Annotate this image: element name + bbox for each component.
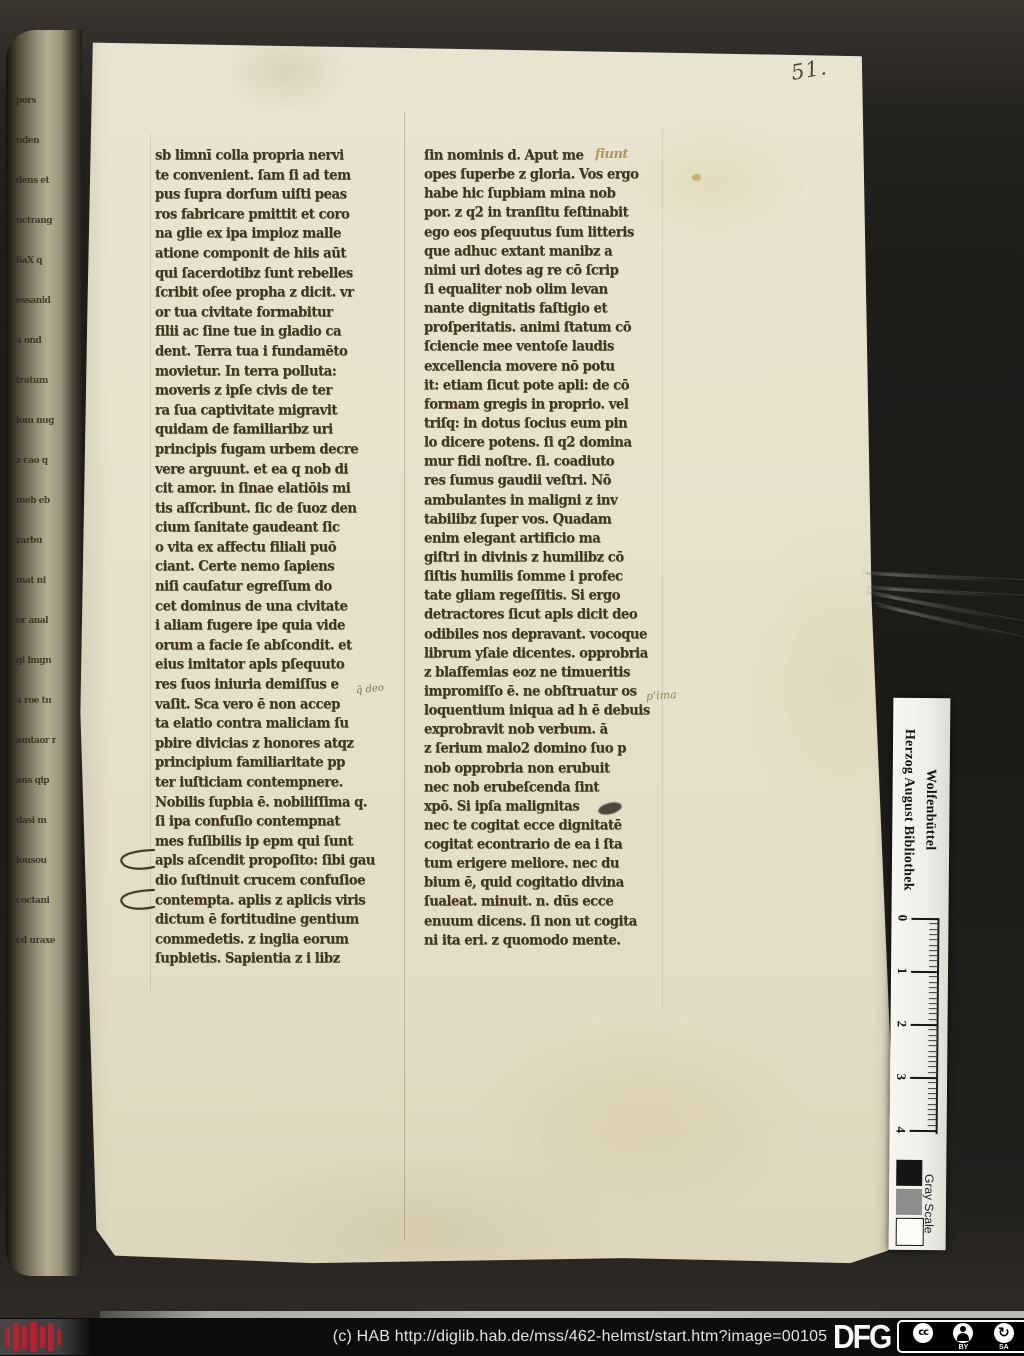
manuscript-line: te convenient. ſam ſi ad tem <box>155 168 403 189</box>
manuscript-line: ambulantes in maligni z inv <box>424 493 672 513</box>
manuscript-line: odibiles nos depravant. vocoque <box>424 627 672 647</box>
manuscript-line: enuum dicens. ſi non ut cogita <box>424 914 672 934</box>
ruling-line-center <box>404 112 405 1240</box>
manuscript-line: moveris z ipſe civis de ter <box>155 383 403 404</box>
manuscript-line: proſperitatis. animi ſtatum cō <box>424 320 672 340</box>
person-icon <box>953 1323 973 1343</box>
ruler-number: 0 <box>892 910 910 926</box>
ruler-mm-tick <box>928 1056 937 1057</box>
nota-mark-upper <box>114 846 156 876</box>
manuscript-line: triſq: in dotus ſocius eum pin <box>424 416 672 436</box>
scanner-bed-edge <box>100 1311 1024 1318</box>
spine-text-fragment: mat ni <box>16 576 56 586</box>
manuscript-line: or tua civitate formabitur <box>155 305 403 326</box>
gray-scale-square <box>896 1160 922 1186</box>
manuscript-line: librum yſaie dicentes. opprobria <box>424 646 672 666</box>
ruler-mm-tick <box>928 1045 937 1046</box>
manuscript-page: 51. sb limnī colla propria nervite conve… <box>20 34 908 1268</box>
cc-icon: cc <box>913 1323 933 1351</box>
library-name-line2: Wolfenbüttel <box>922 769 938 851</box>
manuscript-line: quidam de familiaribz uri <box>155 422 403 443</box>
calibration-red-bar <box>40 1326 45 1348</box>
ruler-mm-tick <box>929 1029 938 1030</box>
ruler-mm-tick <box>928 1066 937 1067</box>
ruler-mm-tick <box>929 1019 938 1020</box>
by-icon: BY <box>953 1323 973 1351</box>
spine-text-fragment: a ond <box>16 336 56 346</box>
ruler-mm-tick <box>929 960 938 961</box>
manuscript-line: ſin nominis d. Aput me <box>424 148 672 168</box>
manuscript-line: nimi uri dotes ag re cō ſcrip <box>424 263 672 283</box>
cc-license-badge: cc BY ↻ SA <box>897 1320 1024 1353</box>
ruler-cm-tick <box>911 918 938 920</box>
ruler-mm-tick <box>929 939 938 940</box>
ruler-cm-tick <box>910 1130 937 1132</box>
manuscript-line: z blaſfemias eoz ne timueritis <box>424 665 672 685</box>
text-column-left: sb limnī colla propria nervite convenien… <box>155 148 403 971</box>
manuscript-line: cit amor. in ſinae elatiōis mi <box>155 481 403 502</box>
manuscript-line: pus ſupra dorſum uiſti peas <box>155 187 403 208</box>
ruler-mm-tick <box>928 1072 937 1073</box>
manuscript-line: xpō. Si ipſa malignitas <box>424 799 672 819</box>
ruler-mm-tick <box>929 992 938 993</box>
spine-text-fragment: essanid <box>16 296 56 306</box>
manuscript-line: opes ſuperbe z gloria. Vos ergo <box>424 167 672 187</box>
manuscript-line: sb limnī colla propria nervi <box>155 148 403 169</box>
spine-text-fragment: amtaor r <box>16 736 56 746</box>
ruler-mm-tick <box>929 923 938 924</box>
book-spine-edge: porsudendens etuctrang6aX qessanida ondt… <box>6 30 82 1276</box>
color-calibration-bar <box>6 1321 61 1353</box>
manuscript-line: ſciencie mee ventoſe laudis <box>424 339 672 359</box>
spine-text-fragment: uctrang <box>16 216 56 226</box>
manuscript-line: vere arguunt. et ea q nob di <box>155 462 403 483</box>
manuscript-line: tate gliam regeſſitis. Si ergo <box>424 588 672 608</box>
manuscript-line: qui ſacerdotibz ſunt rebelles <box>155 266 403 287</box>
ruler-mm-tick <box>929 987 938 988</box>
spine-text-fragment: ans qip <box>16 776 56 786</box>
ruler-mm-tick <box>928 1109 937 1110</box>
spine-text-fragment: coctani <box>16 896 56 906</box>
page-holder-clip-prong <box>862 572 1024 583</box>
manuscript-line: bium ē, quid cogitatio divina <box>424 875 672 895</box>
manuscript-line: ni ita eri. z quomodo mente. <box>424 933 672 953</box>
parchment-stain <box>692 174 701 181</box>
gray-scale-label: Gray Scale <box>922 1160 937 1248</box>
ruler-mm-tick <box>928 1051 937 1052</box>
spine-text-fragment: a roe tu <box>16 696 56 706</box>
spine-text-fragment: lom nug <box>16 416 56 426</box>
manuscript-line: mes fuſibilis ip epm qui ſunt <box>155 834 403 855</box>
manuscript-line: por. z q2 in tranſitu feſtinabit <box>424 205 672 225</box>
spine-text-fragment: gi imgn <box>16 656 56 666</box>
ruler-mm-tick <box>929 1013 938 1014</box>
manuscript-line: detractores ſicut apls dicit deo <box>424 607 672 627</box>
ruler-number: 1 <box>892 963 910 979</box>
manuscript-line: vaſit. Sca vero ē non accep <box>155 697 403 718</box>
reference-ruler: Herzog August Bibliothek Wolfenbüttel 01… <box>889 698 951 1250</box>
ruler-mm-tick <box>928 1114 937 1115</box>
copyright-text: (c) HAB http://diglib.hab.de/mss/462-hel… <box>333 1318 828 1356</box>
manuscript-line: ſi equaliter nob olim levan <box>424 282 672 302</box>
ruler-mm-tick <box>929 950 938 951</box>
manuscript-line: excellencia movere nō potu <box>424 359 672 379</box>
manuscript-line: que adhuc extant manibz a <box>424 244 672 264</box>
spine-text-fragment: 6aX q <box>16 256 56 266</box>
ruler-mm-tick <box>929 1003 938 1004</box>
ruler-mm-tick <box>928 1125 937 1126</box>
manuscript-line: ſiſtis humilis ſomme i profec <box>424 569 672 589</box>
ruler-mm-tick <box>928 1035 937 1036</box>
spine-text-fragment: cd uraxe <box>16 936 56 946</box>
ruler-mm-tick <box>928 1098 937 1099</box>
ruler-mm-tick <box>928 1119 937 1120</box>
manuscript-line: pbire divicias z honores atqz <box>155 736 403 757</box>
sa-label: SA <box>999 1344 1009 1351</box>
manuscript-line: principis fugam urbem decre <box>155 442 403 463</box>
previous-folio-text-edge: porsudendens etuctrang6aX qessanida ondt… <box>16 96 56 1226</box>
folio-number: 51. <box>789 55 829 85</box>
ruler-number: 4 <box>891 1122 909 1138</box>
library-name-line1: Herzog August Bibliothek <box>900 729 916 891</box>
manuscript-line: movietur. In terra polluta: <box>155 364 403 385</box>
manuscript-line: ſcribit oſee propha z dicit. vr <box>155 285 403 306</box>
calibration-red-bar <box>57 1329 61 1345</box>
spine-text-fragment: zarbu <box>16 536 56 546</box>
cc-circle-icon: cc <box>913 1323 933 1343</box>
by-label: BY <box>959 1344 969 1351</box>
ruler-mm-tick <box>929 1008 938 1009</box>
manuscript-line: dictum ē fortitudine gentium <box>155 912 403 933</box>
manuscript-line: nec te cogitat ecce dignitatē <box>424 818 672 838</box>
ruler-mm-tick <box>929 929 938 930</box>
ruler-cm-tick <box>911 1024 938 1026</box>
manuscript-line: ter iuſticiam contempnere. <box>155 775 403 796</box>
spine-text-fragment: dens et <box>16 176 56 186</box>
gray-scale-square <box>896 1189 922 1215</box>
manuscript-line: loquentium iniqua ad h ē debuis <box>424 703 672 723</box>
dfg-logo: DFG <box>833 1319 890 1356</box>
calibration-red-bar <box>48 1323 54 1351</box>
library-label: Herzog August Bibliothek Wolfenbüttel <box>897 706 945 914</box>
ruler-cm-tick <box>910 1077 937 1079</box>
manuscript-line: i aliam fugere ipe quia vide <box>155 618 403 639</box>
manuscript-line: tum erigere meliore. nec du <box>424 856 672 876</box>
calibration-red-bar <box>30 1322 37 1352</box>
calibration-red-bar <box>6 1327 10 1347</box>
sa-icon: ↻ SA <box>994 1323 1014 1351</box>
manuscript-line: ſi ipa confuſio contempnat <box>155 814 403 835</box>
manuscript-line: principium familiaritate pp <box>155 755 403 776</box>
spine-text-fragment: meb eb <box>16 496 56 506</box>
ruler-number: 3 <box>891 1069 909 1085</box>
manuscript-line: tis aſſcribunt. ſic de ſuoz den <box>155 501 403 522</box>
ruler-mm-tick <box>929 934 938 935</box>
calibration-red-bar <box>22 1325 27 1349</box>
manuscript-line: enim elegant artificio ma <box>424 531 672 551</box>
spine-text-fragment: dasi m <box>16 816 56 826</box>
manuscript-scan-viewport: porsudendens etuctrang6aX qessanida ondt… <box>0 0 1024 1356</box>
manuscript-line: orum a facie ſe abſcondit. et <box>155 638 403 659</box>
spine-text-fragment: lousou <box>16 856 56 866</box>
manuscript-line: lo dicere potens. ſi q2 domina <box>424 435 672 455</box>
manuscript-line: atione componit de hiis aūt <box>155 246 403 267</box>
ruler-scale: 01234 <box>889 918 948 1154</box>
ruler-mm-tick <box>928 1093 937 1094</box>
manuscript-line: res ſumus gaudii veſtri. Nō <box>424 473 672 493</box>
manuscript-line: habe hic ſupbiam mina nob <box>424 186 672 206</box>
manuscript-line: it: etiam ſicut pote apli: de cō <box>424 378 672 398</box>
spine-text-fragment: pors <box>16 96 56 106</box>
share-alike-arrow-icon: ↻ <box>994 1323 1014 1343</box>
manuscript-line: nob opprobria non erubuit <box>424 761 672 781</box>
manuscript-line: o vita ex affectu filiali puō <box>155 540 403 561</box>
manuscript-line: formam gregis in proprio. vel <box>424 397 672 417</box>
manuscript-line: niſi cauſatur egreſſum do <box>155 579 403 600</box>
manuscript-line: tabilibz ſuper vos. Quadam <box>424 512 672 532</box>
ruler-mm-tick <box>928 1088 937 1089</box>
manuscript-line: giſtri in divinis z humilibz cō <box>424 550 672 570</box>
manuscript-line: Nobilis ſupbia ē. nobiliſſima q. <box>155 795 403 816</box>
manuscript-line: ros fabricare pmittit et coro <box>155 207 403 228</box>
gray-scale-square <box>896 1218 924 1246</box>
manuscript-line: dio ſuſtinuit crucem confuſioe <box>155 873 403 894</box>
ruler-mm-tick <box>929 982 938 983</box>
spine-text-fragment: z cao q <box>16 456 56 466</box>
calibration-red-bar <box>13 1323 19 1351</box>
manuscript-line: ego eos pſequutus ſum litteris <box>424 225 672 245</box>
manuscript-line: apls aſcendit propoſito: ſibi gau <box>155 853 403 874</box>
manuscript-line: commedetis. z inglia eorum <box>155 932 403 953</box>
footer-bar: (c) HAB http://diglib.hab.de/mss/462-hel… <box>0 1318 1024 1356</box>
manuscript-line: cogitat econtrario de ea i ſta <box>424 837 672 857</box>
ruler-cm-tick <box>911 971 938 973</box>
ruler-mm-tick <box>928 1082 937 1083</box>
text-column-right: ſin nominis d. Aput meopes ſuperbe z glo… <box>424 148 672 952</box>
spine-text-fragment: uden <box>16 136 56 146</box>
manuscript-line: mur fidi noſtre. ſi. coadiuto <box>424 454 672 474</box>
manuscript-line: ſupbietis. Sapientia z i libz <box>155 951 403 972</box>
manuscript-line: ta elatio contra maliciam ſu <box>155 716 403 737</box>
manuscript-line: cium ſanitate gaudeant ſic <box>155 520 403 541</box>
manuscript-line: ciant. Certe nemo ſapiens <box>155 559 403 580</box>
ruler-mm-tick <box>928 1040 937 1041</box>
ruler-mm-tick <box>929 966 938 967</box>
manuscript-line: ſualeat. minuit. n. dūs ecce <box>424 894 672 914</box>
ruler-mm-tick <box>929 976 938 977</box>
faded-ink-word: fiunt <box>595 147 628 162</box>
manuscript-line: na glie ex ipa impioz malle <box>155 226 403 247</box>
ruler-number: 2 <box>891 1016 909 1032</box>
ruler-mm-tick <box>928 1061 937 1062</box>
nota-mark-lower <box>114 886 156 916</box>
manuscript-line: dent. Terra tua i fundamēto <box>155 344 403 365</box>
manuscript-line: z ſerium malo2 domino ſuo p <box>424 741 672 761</box>
manuscript-line: ra ſua captivitate migravit <box>155 403 403 424</box>
manuscript-line: nec nob erubeſcenda ſint <box>424 780 672 800</box>
ruler-mm-tick <box>929 955 938 956</box>
spine-text-fragment: tratum <box>16 376 56 386</box>
spine-text-fragment: or anal <box>16 616 56 626</box>
manuscript-line: nante dignitatis faſtigio et <box>424 301 672 321</box>
manuscript-line: cet dominus de una civitate <box>155 599 403 620</box>
ruler-mm-tick <box>929 998 938 999</box>
manuscript-line: exprobravit nob verbum. ā <box>424 722 672 742</box>
ruler-mm-tick <box>929 945 938 946</box>
manuscript-line: eius imitator apls pſequuto <box>155 657 403 678</box>
manuscript-line: contempta. aplis z aplicis viris <box>155 893 403 914</box>
manuscript-line: filii ac ſine tue in gladio ca <box>155 324 403 345</box>
ruler-mm-tick <box>928 1104 937 1105</box>
margin-note-prima: p'ima <box>646 688 677 703</box>
manuscript-line: impromiſſo ē. ne obſtruatur os <box>424 684 672 704</box>
gray-scale-patches: Gray Scale <box>889 1160 947 1250</box>
